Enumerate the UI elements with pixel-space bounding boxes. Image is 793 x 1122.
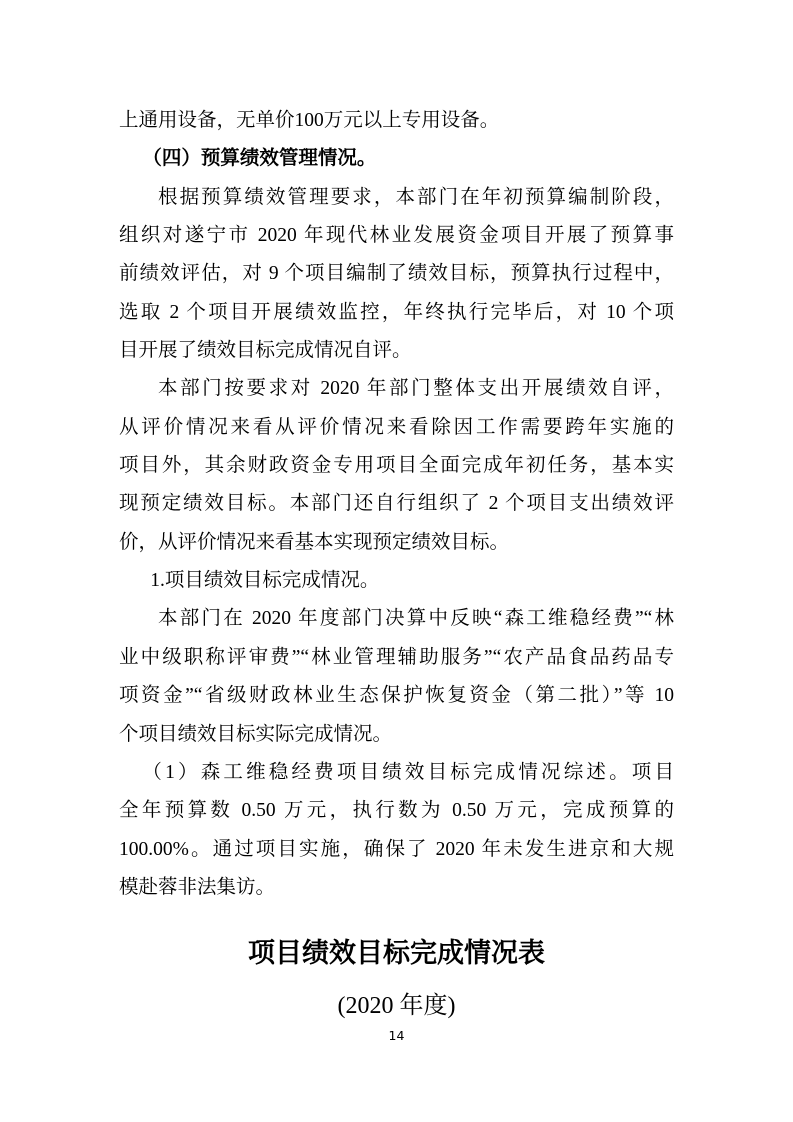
body-line: 项目外，其余财政资金专用项目全面完成年初任务，基本实	[119, 447, 674, 485]
body-line: 从评价情况来看从评价情况来看除因工作需要跨年实施的	[119, 409, 674, 447]
body-line: 个项目绩效目标实际完成情况。	[119, 716, 674, 754]
body-line: 全年预算数 0.50 万元，执行数为 0.50 万元，完成预算的	[119, 792, 674, 830]
section-heading: （四）预算绩效管理情况。	[119, 140, 674, 178]
body-line: 模赴蓉非法集访。	[119, 869, 674, 907]
body-line: 价，从评价情况来看基本实现预定绩效目标。	[119, 524, 674, 562]
table-subtitle: (2020 年度)	[0, 989, 793, 1023]
body-line: 项资金”“省级财政林业生态保护恢复资金（第二批）”等 10	[119, 677, 674, 715]
body-text: 上通用设备，无单价100万元以上专用设备。（四）预算绩效管理情况。根据预算绩效管…	[119, 102, 674, 907]
body-line: 100.00%。通过项目实施，确保了 2020 年未发生进京和大规	[119, 831, 674, 869]
body-line: （1）森工维稳经费项目绩效目标完成情况综述。项目	[119, 754, 674, 792]
body-line: 组织对遂宁市 2020 年现代林业发展资金项目开展了预算事	[119, 217, 674, 255]
body-line: 现预定绩效目标。本部门还自行组织了 2 个项目支出绩效评	[119, 485, 674, 523]
page-number: 14	[0, 1028, 793, 1044]
body-line: 上通用设备，无单价100万元以上专用设备。	[119, 102, 674, 140]
body-line: 本部门按要求对 2020 年部门整体支出开展绩效自评，	[119, 370, 674, 408]
body-line: 业中级职称评审费”“林业管理辅助服务”“农产品食品药品专	[119, 639, 674, 677]
body-line: 本部门在 2020 年度部门决算中反映“森工维稳经费”“林	[119, 600, 674, 638]
body-line: 根据预算绩效管理要求，本部门在年初预算编制阶段，	[119, 179, 674, 217]
body-line: 前绩效评估，对 9 个项目编制了绩效目标，预算执行过程中，	[119, 255, 674, 293]
body-line: 1.项目绩效目标完成情况。	[119, 562, 674, 600]
table-title: 项目绩效目标完成情况表	[0, 933, 793, 973]
body-line: 选取 2 个项目开展绩效监控，年终执行完毕后，对 10 个项	[119, 294, 674, 332]
document-page: 上通用设备，无单价100万元以上专用设备。（四）预算绩效管理情况。根据预算绩效管…	[0, 0, 793, 1122]
body-line: 目开展了绩效目标完成情况自评。	[119, 332, 674, 370]
